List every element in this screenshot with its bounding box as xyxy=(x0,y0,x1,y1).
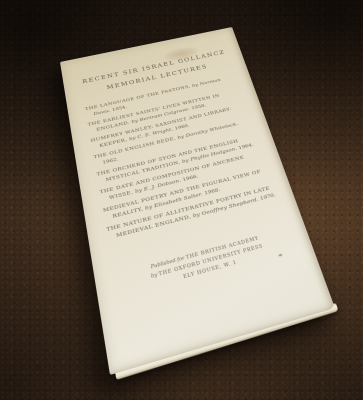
pamphlet: RECENT SIR ISRAEL GOLLANCZ MEMORIAL LECT… xyxy=(60,27,335,375)
imprint-by: by xyxy=(150,271,157,278)
lecture-year: 1964. xyxy=(238,142,255,151)
leather-table-background: RECENT SIR ISRAEL GOLLANCZ MEMORIAL LECT… xyxy=(0,0,363,400)
imprint-line-2: by THE OXFORD UNIVERSITY PRESS xyxy=(108,231,302,292)
lecture-list: THE LANGUAGE OF THE PASTONS, by Norman D… xyxy=(85,75,279,244)
